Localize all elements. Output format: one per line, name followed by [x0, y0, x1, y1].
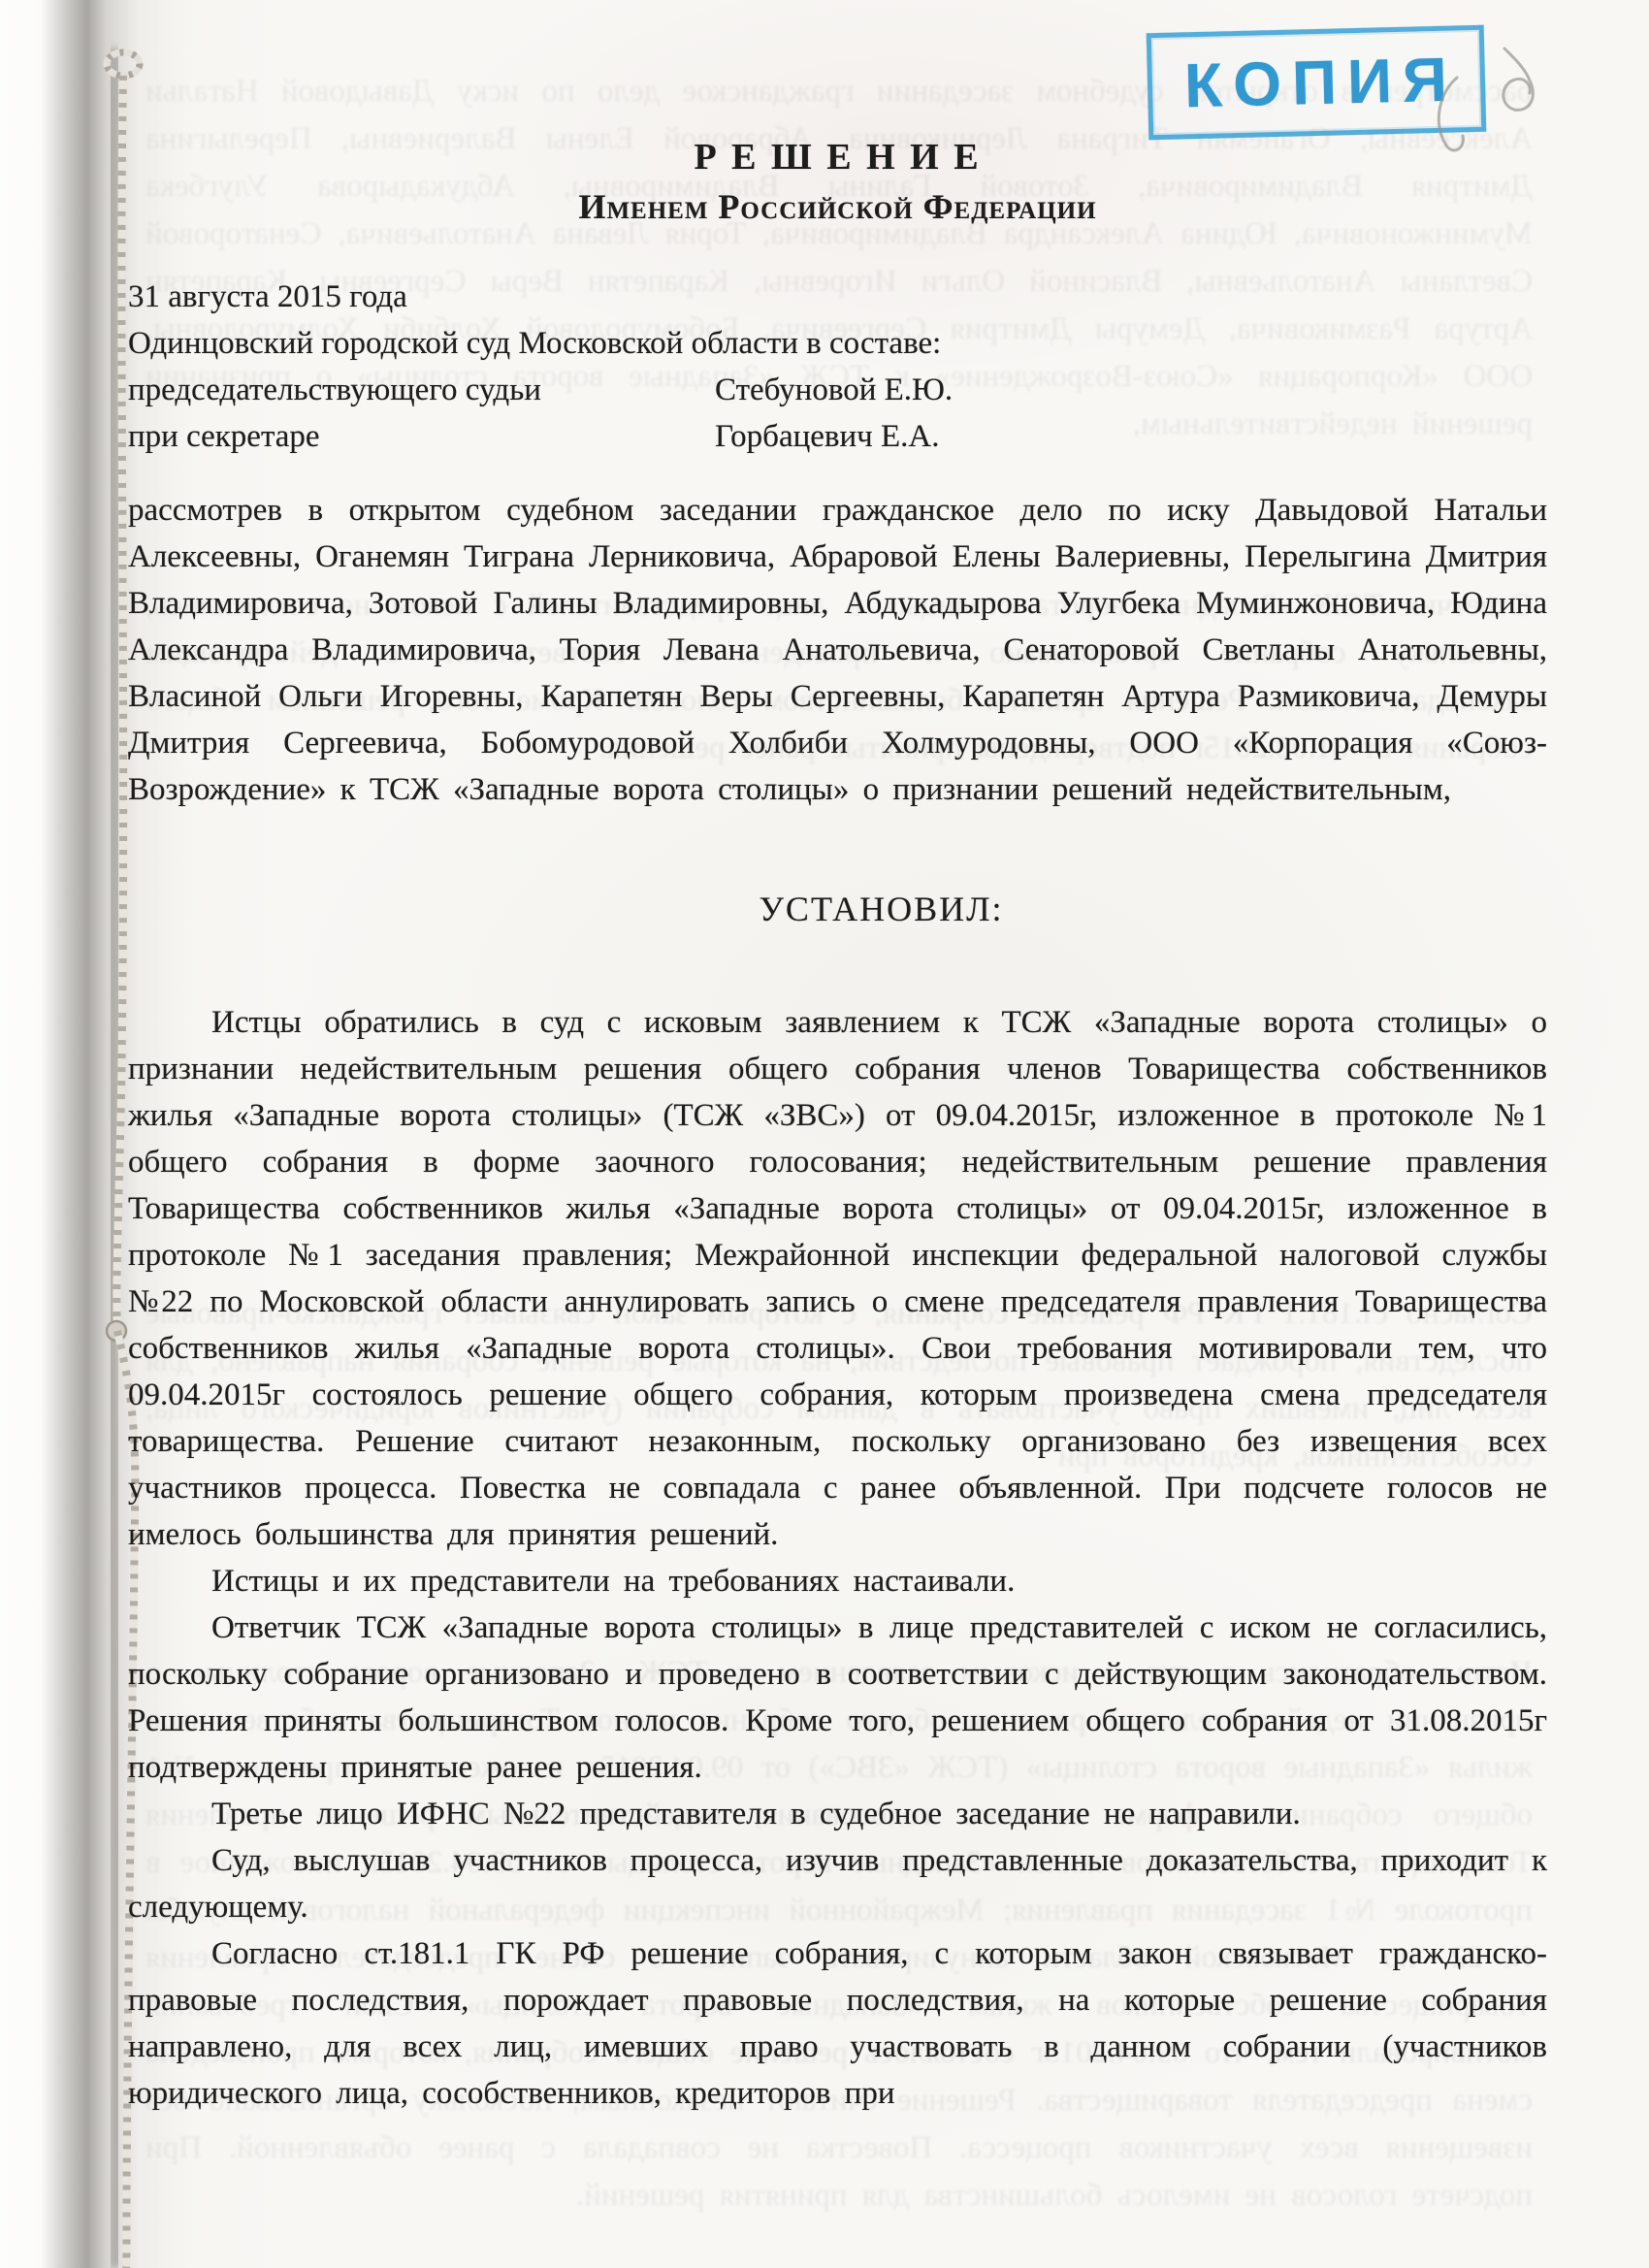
body-paragraph: Истцы обратились в суд с исковым заявлен… — [128, 999, 1547, 1558]
secretary-row: при секретаре Горбацевич Е.А. — [128, 413, 1547, 460]
body-paragraph: Ответчик ТСЖ «Западные ворота столицы» в… — [128, 1604, 1547, 1791]
secretary-label: при секретаре — [128, 413, 320, 460]
case-intro-paragraph: рассмотрев в открытом судебном заседании… — [128, 487, 1547, 813]
body-paragraph: Суд, выслушав участников процесса, изучи… — [128, 1837, 1547, 1930]
body-paragraph: Третье лицо ИФНС №22 представителя в суд… — [128, 1791, 1547, 1837]
body-paragraph: Истицы и их представители на требованиях… — [128, 1558, 1547, 1604]
judge-row: председательствующего судьи Стебуновой Е… — [128, 367, 1547, 413]
judge-name: Стебуновой Е.Ю. — [715, 367, 1547, 413]
judge-label: председательствующего судьи — [128, 367, 541, 413]
body-paragraph: Согласно ст.181.1 ГК РФ решение собрания… — [128, 1930, 1547, 2117]
court-line: Одинцовский городской суд Московской обл… — [128, 320, 1547, 367]
decision-title: Р Е Ш Е Н И Е — [128, 136, 1547, 178]
decision-subtitle: Именем Российской Федерации — [128, 184, 1547, 229]
document-body: Р Е Ш Е Н И Е Именем Российской Федераци… — [128, 0, 1547, 2117]
secretary-name: Горбацевич Е.А. — [715, 413, 1547, 460]
established-heading: УСТАНОВИЛ: — [172, 887, 1591, 931]
scanned-page: рассмотрев в открытом судебном заседании… — [0, 0, 1649, 2268]
date-line: 31 августа 2015 года — [128, 274, 1547, 320]
